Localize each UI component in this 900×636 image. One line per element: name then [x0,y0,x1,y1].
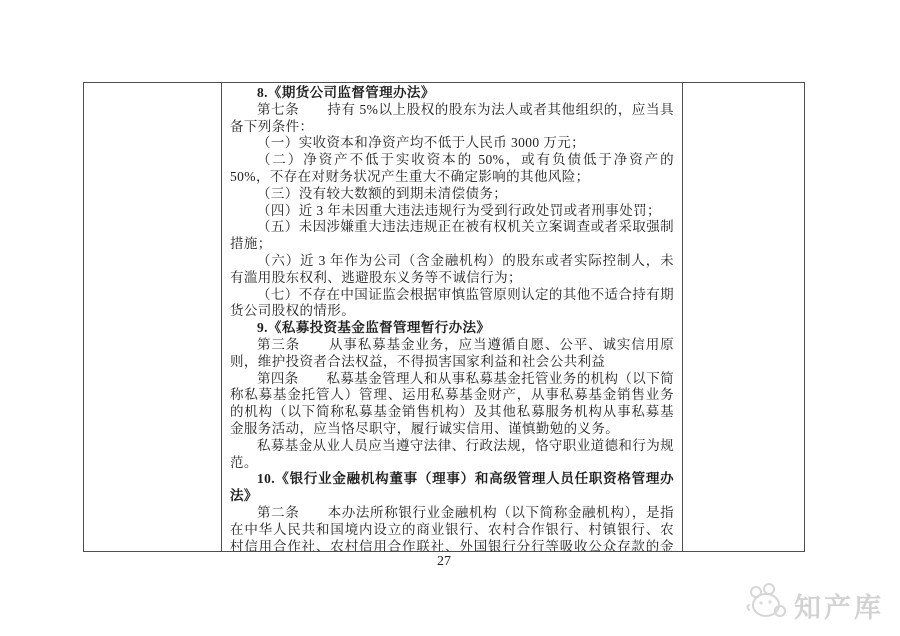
paragraph: 第三条 从事私募基金业务，应当遵循自愿、公平、诚实信用原则，维护投资者合法权益，… [230,337,674,371]
table-cell-main: 8.《期货公司监督管理办法》第七条 持有 5%以上股权的股东为法人或者其他组织的… [222,83,683,551]
paragraph: （六）近 3 年作为公司（含金融机构）的股东或者实际控制人，未有滥用股东权利、逃… [230,253,674,287]
paragraph: （二）净资产不低于实收资本的 50%，或有负债低于净资产的 50%，不存在对财务… [230,152,674,186]
section-heading: 8.《期货公司监督管理办法》 [230,85,674,102]
panda-logo-icon [745,583,791,628]
paragraph: 第七条 持有 5%以上股权的股东为法人或者其他组织的，应当具备下列条件： [230,102,674,136]
page-number: 27 [83,554,805,570]
paragraph: （五）未因涉嫌重大违法违规正在被有权机关立案调查或者采取强制措施； [230,219,674,253]
watermark-text: 知产库 [794,586,884,625]
paragraph: 第二条 本办法所称银行业金融机构（以下简称金融机构），是指在中华人民共和国境内设… [230,505,674,551]
section-heading: 10.《银行业金融机构董事（理事）和高级管理人员任职资格管理办法》 [230,471,674,505]
paragraph: （三）没有较大数额的到期未清偿债务； [230,186,674,203]
table-cell-left [84,83,222,551]
content-table: 8.《期货公司监督管理办法》第七条 持有 5%以上股权的股东为法人或者其他组织的… [83,82,805,552]
paragraph: （一）实收资本和净资产均不低于人民币 3000 万元； [230,135,674,152]
paragraph: （四）近 3 年未因重大违法违规行为受到行政处罚或者刑事处罚； [230,203,674,220]
table-cell-right [683,83,804,551]
paragraph: 私募基金从业人员应当遵守法律、行政法规，恪守职业道德和行为规范。 [230,438,674,472]
document-body: 8.《期货公司监督管理办法》第七条 持有 5%以上股权的股东为法人或者其他组织的… [230,85,674,551]
document-page: 8.《期货公司监督管理办法》第七条 持有 5%以上股权的股东为法人或者其他组织的… [0,0,900,636]
watermark-logo: 知产库 [745,583,884,628]
section-heading: 9.《私募投资基金监督管理暂行办法》 [230,320,674,337]
paragraph: （七）不存在中国证监会根据审慎监管原则认定的其他不适合持有期货公司股权的情形。 [230,287,674,321]
paragraph: 第四条 私募基金管理人和从事私募基金托管业务的机构（以下简称私募基金托管人）管理… [230,371,674,438]
